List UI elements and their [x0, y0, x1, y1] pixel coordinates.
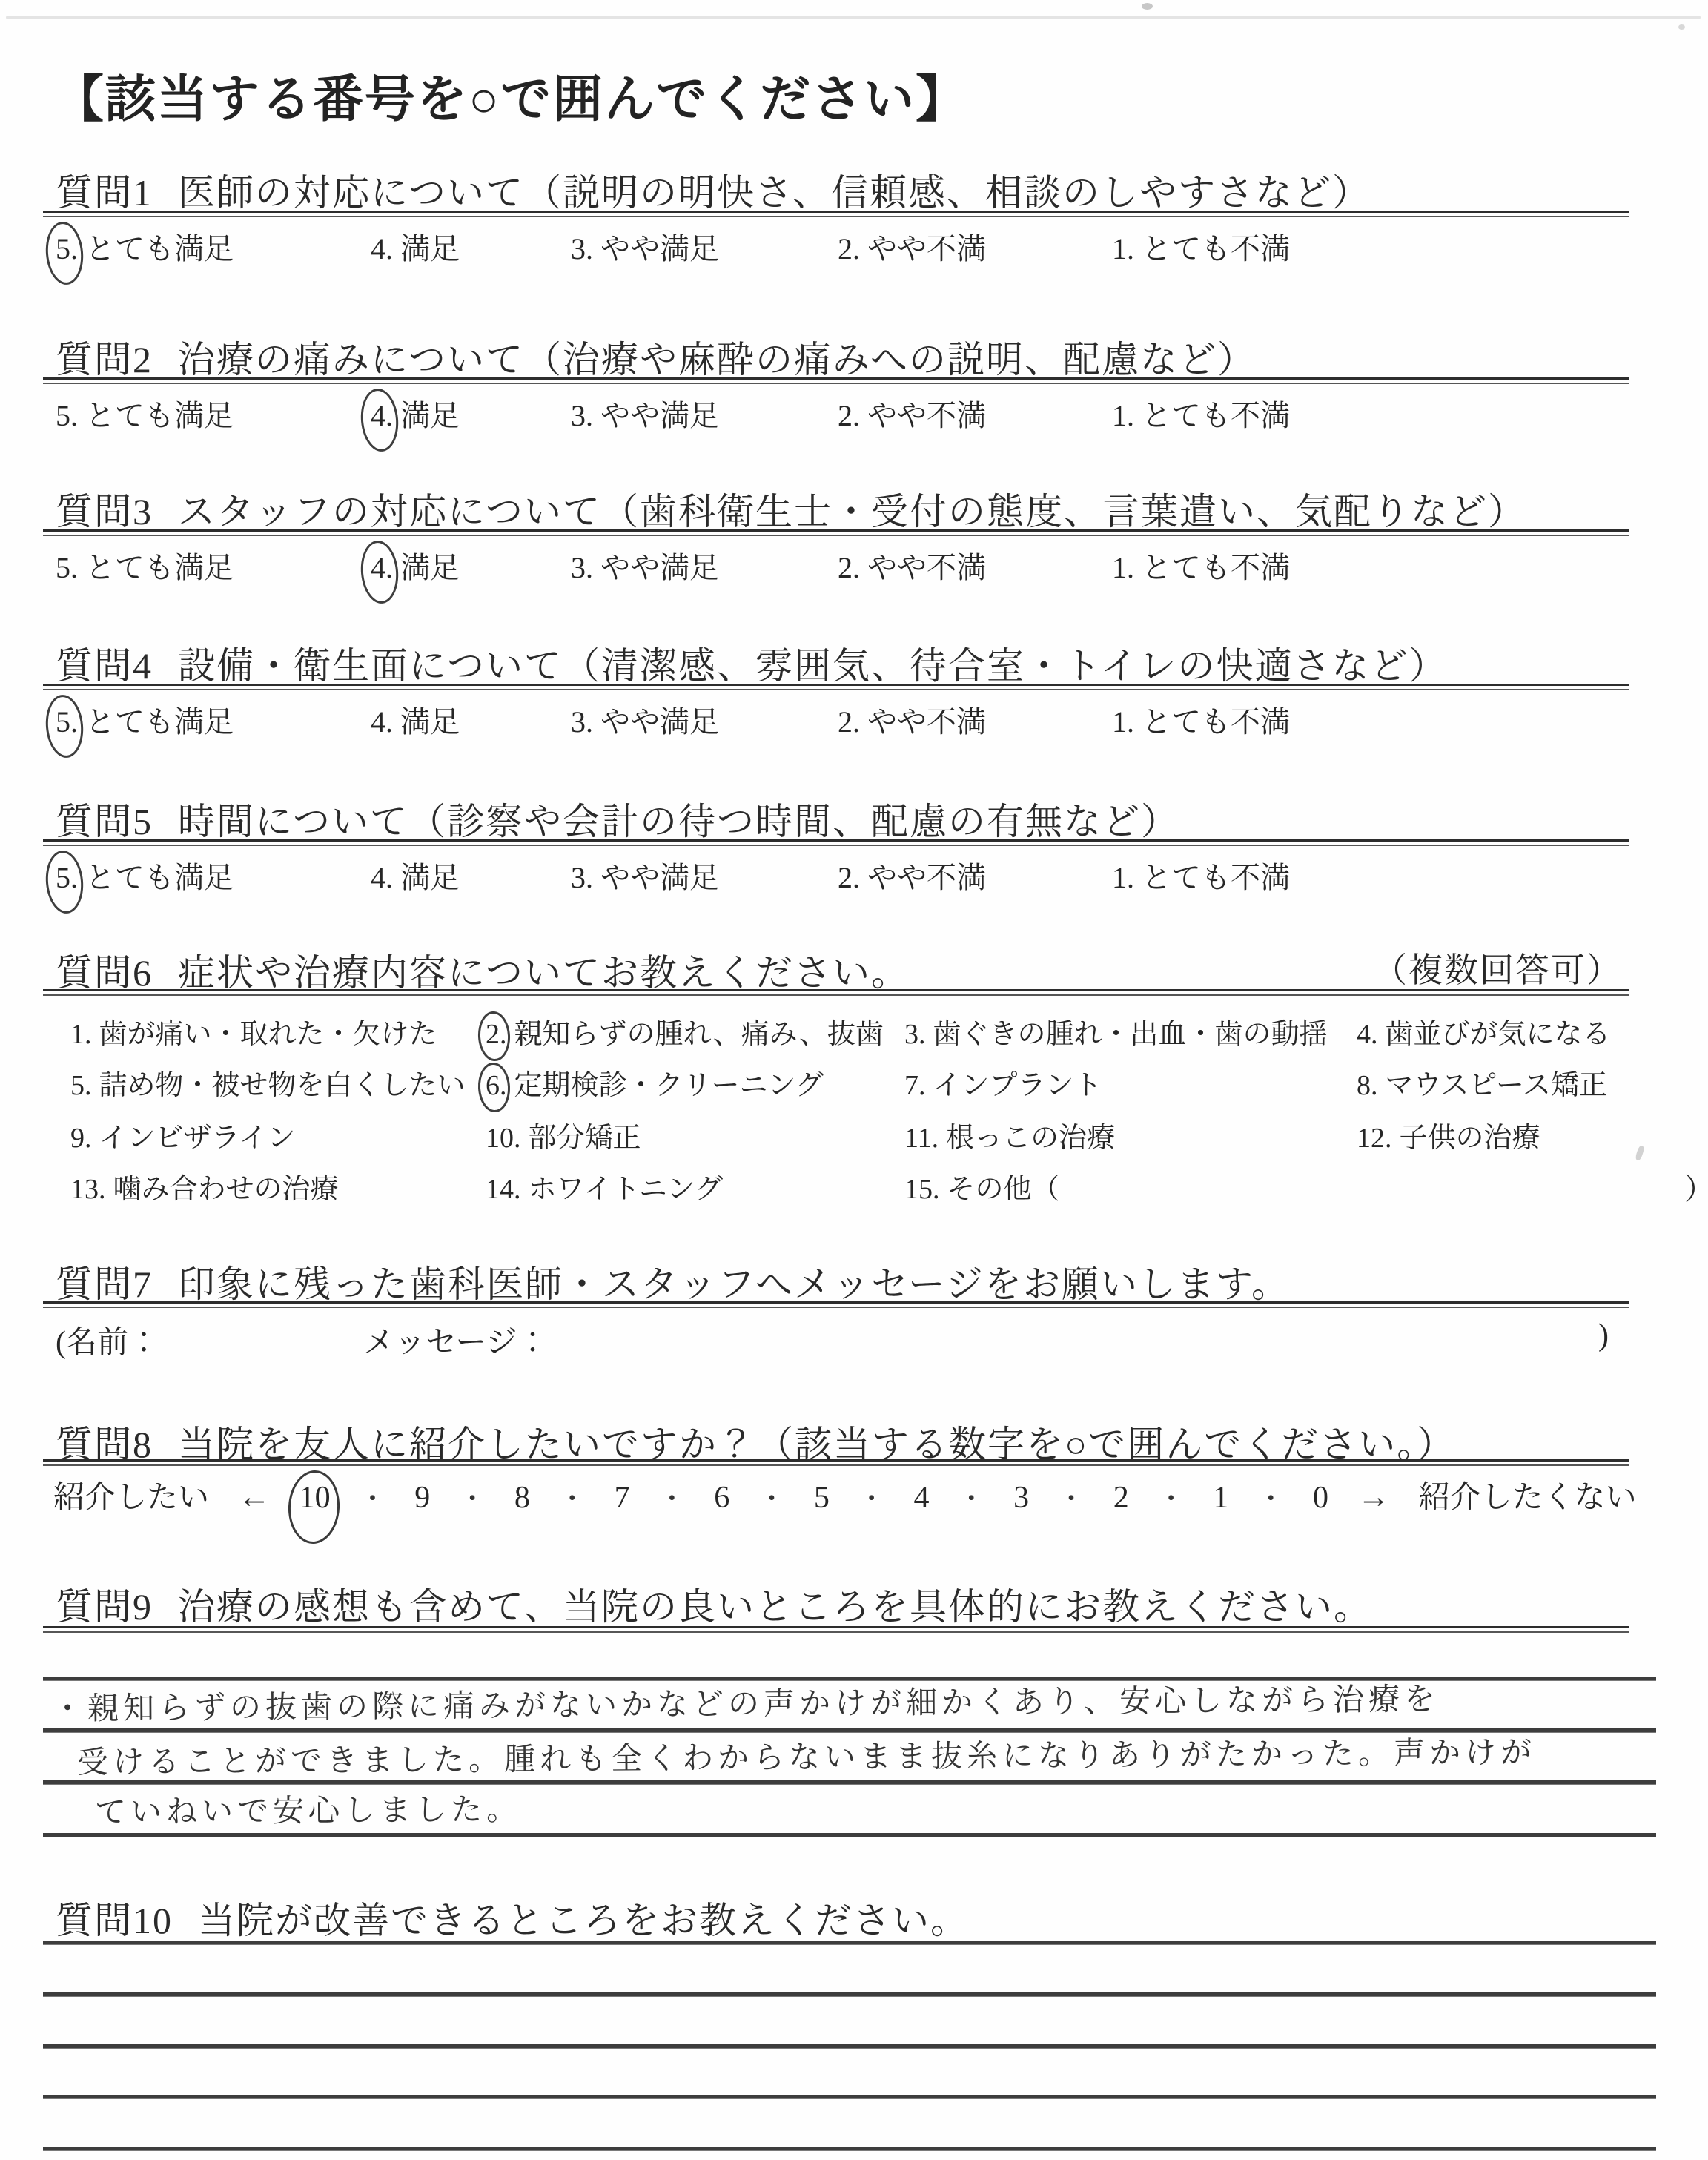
option-label: やや満足 [600, 392, 719, 435]
name-message-row: (名前： メッセージ： ) [0, 1318, 1708, 1370]
page-title: 【該当する番号を○で囲んでください】 [53, 59, 967, 131]
option-number: 4. [371, 704, 393, 739]
option-1: 1.とても不満 [1112, 392, 1290, 435]
option-label: とても不満 [1142, 544, 1290, 587]
divider-rule [43, 211, 1629, 217]
question-text: 印象に残った歯科医師・スタッフへメッセージをお願いします。 [178, 1264, 1290, 1305]
option-label: とても満足 [85, 392, 234, 435]
symptom-item-3: 3.歯ぐきの腫れ・出血・歯の動揺 [904, 1011, 1328, 1051]
item-label: 親知らずの腫れ、痛み、抜歯 [514, 1019, 884, 1050]
symptom-item-5: 5.詰め物・被せ物を白くしたい [70, 1062, 466, 1103]
writing-rule [43, 1941, 1656, 1945]
option-2: 2.やや不満 [838, 225, 986, 268]
option-1: 1.とても不満 [1112, 698, 1290, 741]
option-label: やや満足 [600, 544, 719, 587]
question-label: 質問4 [56, 645, 153, 687]
divider-rule [43, 529, 1629, 536]
item-label: マウスピース矯正 [1386, 1070, 1607, 1101]
option-number: 3. [571, 398, 593, 433]
item-number: 10. [486, 1122, 521, 1155]
option-number: 2. [838, 704, 860, 739]
scale-number-7: 7 [615, 1480, 630, 1516]
option-number: 4. [371, 231, 393, 266]
scale-dot: ・ [1058, 1478, 1085, 1516]
item-label: 定期検診・クリーニング [514, 1070, 824, 1101]
scale-number-0: 0 [1313, 1480, 1328, 1516]
question-text: 医師の対応について（説明の明快さ、信頼感、相談のしやすさなど） [178, 172, 1371, 214]
question-9-heading: 質問9治療の感想も含めて、当院の良いところを具体的にお教えください。 [56, 1577, 1372, 1631]
option-5: 5.とても満足 [56, 392, 234, 435]
symptom-item-13: 13.噛み合わせの治療 [70, 1166, 339, 1206]
scale-number-3: 3 [1013, 1480, 1029, 1516]
question-2-options: 5.とても満足 4.満足 3.やや満足 2.やや不満 1.とても不満 [0, 392, 1708, 446]
option-label: やや満足 [600, 854, 719, 896]
option-number: 3. [571, 550, 593, 585]
question-text: 治療の痛みについて（治療や麻酔の痛みへの説明、配慮など） [178, 339, 1256, 380]
item-number: 4. [1357, 1018, 1378, 1051]
option-3: 3.やや満足 [571, 544, 719, 587]
scale-number-1: 1 [1213, 1480, 1228, 1516]
divider-rule [43, 989, 1629, 996]
option-number: 1. [1112, 398, 1134, 433]
symptom-row-4: 13.噛み合わせの治療 14.ホワイトニング 15.その他（ ） [0, 1166, 1708, 1212]
scale-number-8: 8 [514, 1480, 530, 1516]
handwritten-comment-line-3: ていねいで安心しました。 [95, 1785, 522, 1832]
option-number: 3. [571, 231, 593, 266]
item-label: 歯が痛い・取れた・欠けた [99, 1019, 437, 1050]
symptom-item-8: 8.マウスピース矯正 [1357, 1062, 1607, 1103]
question-label: 質問5 [56, 801, 153, 842]
item-label: インプラント [933, 1070, 1102, 1101]
scale-dot: ・ [1158, 1478, 1185, 1516]
scan-artifact-speck [1678, 24, 1685, 30]
scan-artifact-line [6, 16, 1701, 19]
scale-number-6: 6 [714, 1480, 729, 1516]
option-label: 満足 [400, 392, 460, 435]
symptom-item-6: 6.定期検診・クリーニング [486, 1062, 824, 1103]
symptom-item-9: 9.インビザライン [70, 1114, 295, 1155]
item-label: インビザライン [99, 1123, 296, 1154]
item-label: 噛み合わせの治療 [113, 1174, 339, 1205]
item-number: 3. [904, 1018, 926, 1051]
question-label: 質問1 [56, 172, 153, 214]
question-text: 時間について（診察や会計の待つ時間、配慮の有無など） [178, 801, 1179, 842]
option-label: やや不満 [867, 698, 986, 741]
item-number: 11. [904, 1122, 939, 1155]
option-label: とても不満 [1142, 225, 1290, 268]
option-4: 4.満足 [371, 392, 460, 435]
handwritten-comment-line-1: ・親知らずの抜歯の際に痛みがないかなどの声かけが細かくあり、安心しながら治療を [52, 1674, 1440, 1728]
name-field-label: (名前： [56, 1318, 159, 1362]
option-2: 2.やや不満 [838, 544, 986, 587]
option-label: とても不満 [1142, 698, 1290, 741]
symptom-item-15: 15.その他（ [904, 1166, 1060, 1206]
item-number: 12. [1357, 1122, 1392, 1155]
option-number: 2. [838, 231, 860, 266]
option-label: とても満足 [85, 225, 234, 268]
item-label: 歯並びが気になる [1386, 1019, 1611, 1050]
question-label: 質問3 [56, 491, 153, 532]
option-2: 2.やや不満 [838, 392, 986, 435]
question-10-heading: 質問10当院が改善できるところをお教えください。 [56, 1891, 969, 1944]
question-5-options: 5.とても満足 4.満足 3.やや満足 2.やや不満 1.とても不満 [0, 854, 1708, 908]
item-label: 根っこの治療 [946, 1123, 1115, 1154]
scale-dot: ・ [359, 1478, 385, 1516]
question-7-heading: 質問7印象に残った歯科医師・スタッフへメッセージをお願いします。 [56, 1255, 1290, 1308]
option-label: やや不満 [867, 854, 986, 896]
option-number: 3. [571, 860, 593, 895]
option-label: 満足 [400, 544, 460, 587]
option-3: 3.やや満足 [571, 225, 719, 268]
question-label: 質問10 [56, 1900, 173, 1941]
question-4-options: 5.とても満足 4.満足 3.やや満足 2.やや不満 1.とても不満 [0, 698, 1708, 752]
option-number: 2. [838, 550, 860, 585]
item-number: 8. [1357, 1069, 1378, 1102]
option-3: 3.やや満足 [571, 392, 719, 435]
scale-dot: ・ [559, 1478, 586, 1516]
item-number: 15. [904, 1173, 940, 1206]
item-number: 5. [70, 1069, 92, 1102]
writing-rule [43, 1833, 1656, 1837]
option-number: 4. [371, 860, 393, 895]
symptom-item-11: 11.根っこの治療 [904, 1114, 1115, 1155]
item-number: 1. [70, 1018, 92, 1051]
symptom-item-4: 4.歯並びが気になる [1357, 1011, 1611, 1051]
symptom-item-1: 1.歯が痛い・取れた・欠けた [70, 1011, 437, 1051]
handwritten-comment-line-2: 受けることができました。腫れも全くわからないまま抜糸になりありがたかった。声かけ… [77, 1728, 1536, 1783]
scale-number-5: 5 [814, 1480, 830, 1516]
option-5: 5.とても満足 [56, 854, 234, 896]
option-number: 5. [56, 550, 78, 585]
scale-number-2: 2 [1113, 1480, 1129, 1516]
option-1: 1.とても不満 [1112, 544, 1290, 587]
option-label: 満足 [400, 698, 460, 741]
scale-dot: ・ [858, 1478, 885, 1516]
option-2: 2.やや不満 [838, 854, 986, 896]
option-label: 満足 [400, 225, 460, 268]
item-label: 歯ぐきの腫れ・出血・歯の動揺 [933, 1019, 1328, 1050]
question-label: 質問7 [56, 1264, 153, 1305]
multiple-answers-note: （複数回答可） [1373, 943, 1622, 992]
option-4: 4.満足 [371, 225, 460, 268]
item-label: 子供の治療 [1400, 1123, 1540, 1154]
scale-left-label: 紹介したい [53, 1473, 209, 1517]
writing-rule [43, 2095, 1656, 2099]
item-label: 部分矯正 [529, 1123, 641, 1154]
question-3-options: 5.とても満足 4.満足 3.やや満足 2.やや不満 1.とても不満 [0, 544, 1708, 598]
option-number: 1. [1112, 860, 1134, 895]
scale-number-10: 10 [299, 1480, 331, 1516]
symptom-row-3: 9.インビザライン 10.部分矯正 11.根っこの治療 12.子供の治療 [0, 1114, 1708, 1160]
option-1: 1.とても不満 [1112, 225, 1290, 268]
option-label: やや不満 [867, 544, 986, 587]
option-number: 3. [571, 704, 593, 739]
option-number: 1. [1112, 704, 1134, 739]
item-label: その他（ [947, 1174, 1060, 1205]
option-5: 5.とても満足 [56, 544, 234, 587]
option-number: 1. [1112, 550, 1134, 585]
option-4: 4.満足 [371, 698, 460, 741]
option-number: 4. [371, 550, 393, 585]
close-paren: ) [1598, 1318, 1609, 1353]
item-number: 13. [70, 1173, 106, 1206]
writing-rule [43, 2044, 1656, 2049]
option-label: とても満足 [85, 544, 234, 587]
symptom-item-12: 12.子供の治療 [1357, 1114, 1540, 1155]
item-number: 2. [486, 1018, 507, 1051]
symptom-item-10: 10.部分矯正 [486, 1114, 641, 1155]
survey-scan-page: 【該当する番号を○で囲んでください】 質問1医師の対応について（説明の明快さ、信… [0, 0, 1708, 2160]
recommend-scale: 紹介したい ← 10 ・ 9 ・ 8 ・ 7 ・ 6 ・ 5 ・ 4 ・ 3 ・… [53, 1473, 1637, 1547]
option-3: 3.やや満足 [571, 854, 719, 896]
option-5: 5.とても満足 [56, 698, 234, 741]
divider-rule [43, 1301, 1629, 1308]
scale-dot: ・ [658, 1478, 685, 1516]
divider-rule [43, 684, 1629, 690]
question-5-heading: 質問5時間について（診察や会計の待つ時間、配慮の有無など） [56, 792, 1179, 845]
scale-number-4: 4 [913, 1480, 929, 1516]
divider-rule [43, 839, 1629, 846]
writing-rule [43, 1780, 1656, 1785]
writing-rule [43, 1626, 1629, 1633]
item-number: 7. [904, 1069, 926, 1102]
message-field-label: メッセージ： [363, 1318, 548, 1362]
symptom-row-1: 1.歯が痛い・取れた・欠けた 2.親知らずの腫れ、痛み、抜歯 3.歯ぐきの腫れ・… [0, 1011, 1708, 1057]
option-label: とても不満 [1142, 854, 1290, 896]
option-number: 5. [56, 704, 78, 739]
scale-dot: ・ [459, 1478, 486, 1516]
scale-number-9: 9 [414, 1480, 430, 1516]
option-label: やや不満 [867, 225, 986, 268]
option-3: 3.やや満足 [571, 698, 719, 741]
option-label: 満足 [400, 854, 460, 896]
item-number: 14. [486, 1173, 521, 1206]
question-text: 治療の感想も含めて、当院の良いところを具体的にお教えください。 [178, 1586, 1372, 1628]
writing-rule [43, 1992, 1656, 1997]
question-4-heading: 質問4設備・衛生面について（清潔感、雰囲気、待合室・トイレの快適さなど） [56, 636, 1448, 690]
scale-dot: ・ [1257, 1478, 1284, 1516]
scale-right-label: 紹介したくない [1419, 1473, 1637, 1517]
option-4: 4.満足 [371, 544, 460, 587]
divider-rule [43, 377, 1629, 384]
left-arrow-icon: ← [238, 1478, 271, 1516]
option-number: 4. [371, 398, 393, 433]
option-label: とても満足 [85, 698, 234, 741]
other-close-paren: ） [1684, 1166, 1708, 1208]
divider-rule [43, 1459, 1629, 1466]
option-number: 2. [838, 860, 860, 895]
symptom-item-2: 2.親知らずの腫れ、痛み、抜歯 [486, 1011, 884, 1051]
option-label: とても不満 [1142, 392, 1290, 435]
item-number: 9. [70, 1122, 92, 1155]
option-label: やや満足 [600, 225, 719, 268]
option-number: 1. [1112, 231, 1134, 266]
option-label: やや不満 [867, 392, 986, 435]
question-2-heading: 質問2治療の痛みについて（治療や麻酔の痛みへの説明、配慮など） [56, 330, 1256, 383]
scan-artifact-speck [1142, 3, 1153, 10]
option-number: 5. [56, 860, 78, 895]
scale-dot: ・ [958, 1478, 984, 1516]
option-number: 5. [56, 231, 78, 266]
item-label: ホワイトニング [529, 1174, 724, 1205]
item-number: 6. [486, 1069, 507, 1102]
symptom-item-7: 7.インプラント [904, 1062, 1102, 1103]
option-4: 4.満足 [371, 854, 460, 896]
question-text: スタッフの対応について（歯科衛生士・受付の態度、言葉遣い、気配りなど） [178, 491, 1526, 532]
question-text: 当院が改善できるところをお教えください。 [198, 1900, 969, 1941]
option-5: 5.とても満足 [56, 225, 234, 268]
option-label: やや満足 [600, 698, 719, 741]
option-1: 1.とても不満 [1112, 854, 1290, 896]
option-2: 2.やや不満 [838, 698, 986, 741]
scale-dot: ・ [758, 1478, 785, 1516]
question-1-heading: 質問1医師の対応について（説明の明快さ、信頼感、相談のしやすさなど） [56, 163, 1371, 217]
symptom-row-2: 5.詰め物・被せ物を白くしたい 6.定期検診・クリーニング 7.インプラント 8… [0, 1062, 1708, 1108]
question-text: 設備・衛生面について（清潔感、雰囲気、待合室・トイレの快適さなど） [178, 645, 1448, 687]
writing-rule [43, 2147, 1656, 2151]
option-label: とても満足 [85, 854, 234, 896]
question-1-options: 5.とても満足 4.満足 3.やや満足 2.やや不満 1.とても不満 [0, 225, 1708, 279]
item-label: 詰め物・被せ物を白くしたい [99, 1070, 466, 1101]
question-label: 質問6 [56, 952, 153, 994]
symptom-item-14: 14.ホワイトニング [486, 1166, 723, 1206]
question-label: 質問2 [56, 339, 153, 380]
question-3-heading: 質問3スタッフの対応について（歯科衛生士・受付の態度、言葉遣い、気配りなど） [56, 482, 1526, 535]
right-arrow-icon: → [1357, 1478, 1390, 1516]
option-number: 2. [838, 398, 860, 433]
question-label: 質問9 [56, 1586, 153, 1628]
question-text: 症状や治療内容についてお教えください。 [178, 952, 910, 994]
option-number: 5. [56, 398, 78, 433]
